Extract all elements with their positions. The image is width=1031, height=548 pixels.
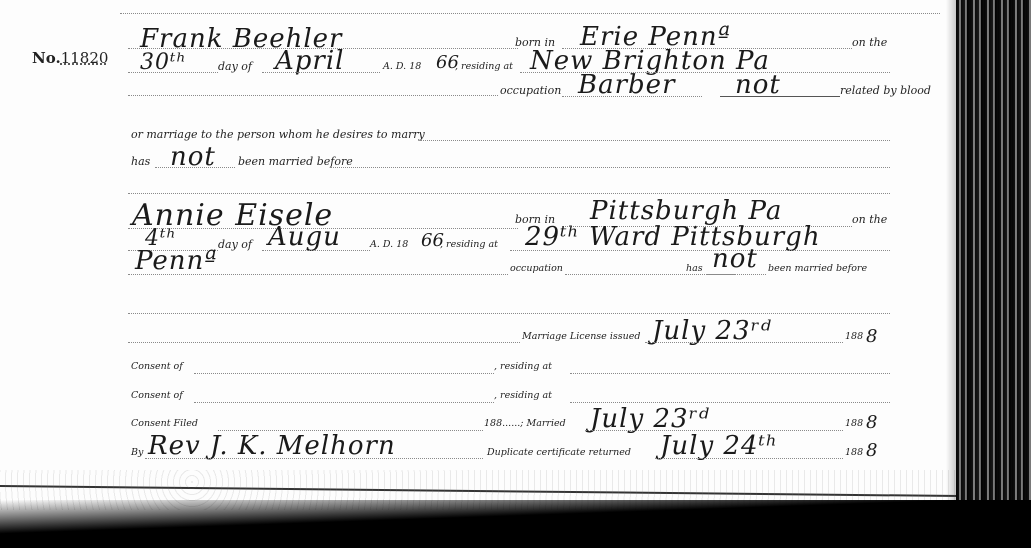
label-residing-at: , residing at: [455, 61, 513, 72]
label-bride-day-of: day of: [218, 238, 252, 251]
label-bride-has: has: [686, 263, 703, 274]
label-ad: A. D. 18: [383, 61, 421, 72]
bride-row3-line: [128, 274, 508, 275]
officiant-name: Rev J. K. Melhorn: [148, 431, 396, 461]
top-rule: [120, 13, 940, 14]
label-consent-filed: Consent Filed: [131, 418, 198, 429]
label-related-by-blood: related by blood: [840, 84, 931, 97]
label-duplicate-returned: Duplicate certificate returned: [487, 447, 631, 458]
married-year: 8: [866, 412, 877, 433]
consent-of-2-line: [194, 402, 494, 403]
row-blank-line: [128, 313, 890, 314]
consent-of-1-line: [194, 373, 494, 374]
row6-line: [128, 193, 890, 194]
label-bride-been-married: been married before: [768, 263, 867, 274]
book-binding: [956, 0, 1031, 548]
certificate-year: 8: [866, 440, 877, 461]
label-married-year: 188: [845, 418, 863, 429]
label-consent-residing-1: , residing at: [494, 361, 552, 372]
or-marriage-line: [420, 140, 890, 141]
license-date-line: [645, 342, 843, 343]
label-bride-on-the: on the: [852, 213, 887, 226]
bottom-shadow: [0, 500, 1031, 548]
consent-residing-2-line: [570, 402, 890, 403]
certificate-date-line: [655, 458, 843, 459]
label-license-issued: Marriage License issued: [522, 331, 640, 342]
groom-residence-line: [520, 72, 890, 73]
label-consent-of-2: Consent of: [131, 390, 183, 401]
license-left-line: [128, 342, 520, 343]
binding-shadow: [946, 0, 956, 548]
label-bride-ad: A. D. 18: [370, 239, 408, 250]
label-bride-residing-at: , residing at: [440, 239, 498, 250]
officiant-line: [145, 458, 483, 459]
bride-residence: 29ᵗʰ Ward Pittsburgh: [525, 222, 821, 252]
bride-birth-month: Augu: [268, 222, 341, 252]
groom-related-line: [720, 96, 840, 97]
bride-has-line: [706, 274, 766, 275]
label-day-of: day of: [218, 60, 252, 73]
consent-residing-1-line: [570, 373, 890, 374]
row5-line: [330, 167, 890, 168]
bride-residence-line: [510, 250, 890, 251]
label-consent-of-1: Consent of: [131, 361, 183, 372]
label-certificate-year: 188: [845, 447, 863, 458]
bride-married-before: not: [712, 244, 758, 274]
label-by: By: [131, 447, 143, 458]
label-bride-occupation: occupation: [510, 263, 563, 274]
label-occupation: occupation: [500, 84, 561, 97]
bride-month-line: [262, 250, 370, 251]
label-has: has: [131, 155, 150, 168]
groom-day-line: [128, 72, 218, 73]
label-on-the: on the: [852, 36, 887, 49]
groom-month-line: [262, 72, 380, 73]
record-number: No.11820: [32, 49, 108, 67]
certificate-returned-date: July 24ᵗʰ: [660, 431, 778, 461]
groom-occupation-line: [562, 96, 702, 97]
label-married: 188......; Married: [484, 418, 566, 429]
label-consent-residing-2: , residing at: [494, 390, 552, 401]
label-or-marriage: or marriage to the person whom he desire…: [131, 128, 425, 141]
row3-line: [128, 95, 498, 96]
license-year: 8: [866, 326, 877, 347]
bride-residence-cont: Pennª: [135, 246, 218, 276]
groom-has-line: [155, 167, 235, 168]
marriage-register-page: No.11820 Frank Beehler born in Erie Penn…: [0, 0, 1031, 548]
label-license-year: 188: [845, 331, 863, 342]
